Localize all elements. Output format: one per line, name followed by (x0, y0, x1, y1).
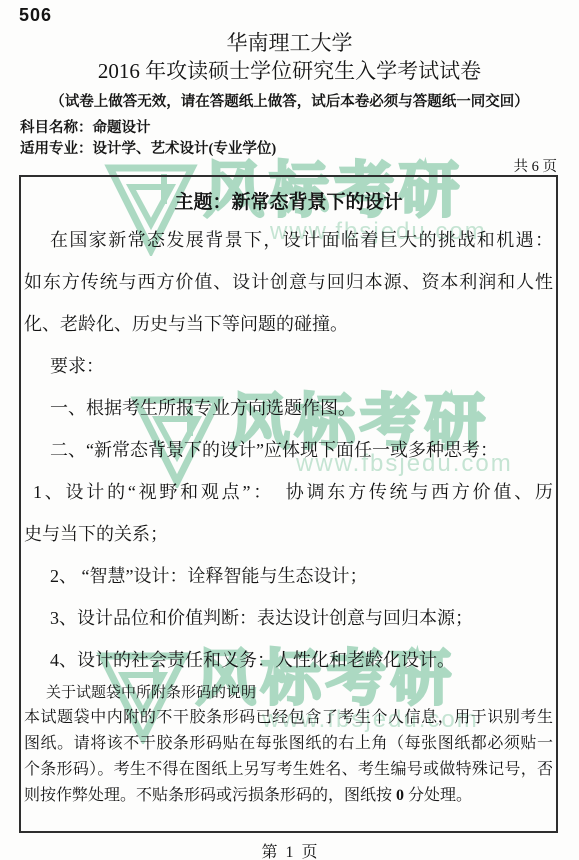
barcode-note-line: 图纸。请将该不干胶条形码贴在每张图纸的右上角（每张图纸都必须贴一 (24, 731, 553, 757)
zero-score-value: 0 (396, 787, 404, 804)
consideration-item: 史与当下的关系； (24, 513, 553, 555)
subject-name: 科目名称：命题设计 (20, 116, 151, 137)
total-pages-label: 共 6 页 (514, 155, 558, 176)
requirements-label: 要求： (24, 345, 553, 387)
topic-heading: 主题：新常态背景下的设计 (24, 186, 553, 219)
university-title: 华南理工大学 (0, 27, 579, 57)
exam-title: 2016 年攻读硕士学位研究生入学考试试卷 (0, 55, 579, 85)
barcode-note-line: 则按作弊处理。不贴条形码或污损条形码的，图纸按 0 分处理。 (24, 783, 553, 809)
page-number-footer: 第 1 页 (0, 839, 579, 860)
paper-code: 506 (19, 5, 52, 26)
consideration-item: 3、设计品位和价值判断：表达设计创意与回归本源； (24, 597, 553, 639)
barcode-note-heading: 关于试题袋中所附条形码的说明 (24, 681, 553, 705)
body-line: 化、老龄化、历史与当下等问题的碰撞。 (24, 303, 553, 345)
body-line: 在国家新常态发展背景下，设计面临着巨大的挑战和机遇： (24, 219, 553, 261)
barcode-note-line: 个条形码）。考生不得在图纸上另写考生姓名、考生编号或做特殊记号，否 (24, 757, 553, 783)
requirement-item: 二、“新常态背景下的设计”应体现下面任一或多种思考： (24, 429, 553, 471)
barcode-note-text: 则按作弊处理。不贴条形码或污损条形码的，图纸按 (24, 787, 396, 804)
barcode-note-text: 分处理。 (404, 787, 472, 804)
consideration-item: 4、设计的社会责任和义务：人性化和老龄化设计。 (24, 639, 553, 681)
consideration-item: 1、设计的“视野和观点”： 协调东方传统与西方价值、历 (24, 471, 553, 513)
body-line: 如东方传统与西方价值、设计创意与回归本源、资本利润和人性 (24, 261, 553, 303)
barcode-note-line: 本试题袋中内附的不干胶条形码已经包含了考生个人信息，用于识别考生 (24, 705, 553, 731)
requirement-item: 一、根据考生所报专业方向选题作图。 (24, 387, 553, 429)
applicable-majors: 适用专业：设计学、艺术设计(专业学位) (20, 137, 276, 158)
consideration-item: 2、 “智慧”设计：诠释智能与生态设计； (24, 555, 553, 597)
exam-paper-page: 风标考研 www.fbsjedu.com 风标考研 www.fbsjedu.co… (0, 0, 579, 860)
question-box: 主题：新常态背景下的设计 在国家新常态发展背景下，设计面临着巨大的挑战和机遇： … (19, 175, 558, 833)
answer-sheet-notice: （试卷上做答无效，请在答题纸上做答，试后本卷必须与答题纸一同交回） (0, 90, 579, 111)
